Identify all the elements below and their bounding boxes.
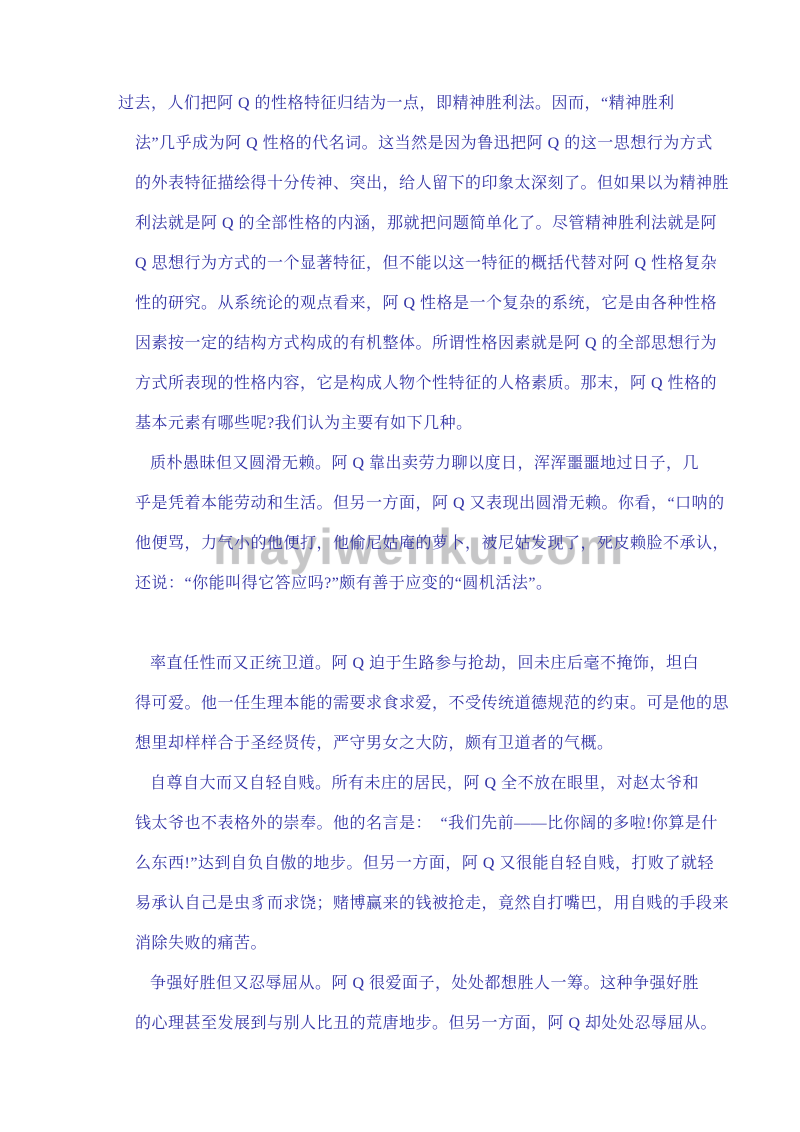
text-line: 方式所表现的性格内容，它是构成人物个性特征的人格素质。那末，阿 Q 性格的 bbox=[135, 364, 718, 404]
document-text-block: 过去，人们把阿 Q 的性格特征归结为一点，即精神胜利法。因而，“精神胜利 法”几… bbox=[118, 84, 718, 1044]
text-line: 率直任性而又正统卫道。阿 Q 迫于生路参与抢劫，回未庄后毫不掩饰，坦白 bbox=[150, 644, 718, 684]
document-page: mayiwenku.com 过去，人们把阿 Q 的性格特征归结为一点，即精神胜利… bbox=[0, 0, 800, 1132]
text-line: 么东西!”达到自负自傲的地步。但另一方面，阿 Q 又很能自轻自贱，打败了就轻 bbox=[135, 844, 718, 884]
text-line: 质朴愚昧但又圆滑无赖。阿 Q 靠出卖劳力聊以度日，浑浑噩噩地过日子，几 bbox=[150, 444, 718, 484]
text-line: 钱太爷也不表格外的崇奉。他的名言是： “我们先前——比你阔的多啦!你算是什 bbox=[135, 804, 718, 844]
text-line: 想里却样样合于圣经贤传，严守男女之大防，颇有卫道者的气概。 bbox=[135, 724, 718, 764]
text-line: 基本元素有哪些呢?我们认为主要有如下几种。 bbox=[135, 404, 718, 444]
text-line: 消除失败的痛苦。 bbox=[135, 924, 718, 964]
text-line: 易承认自己是虫豸而求饶；赌博赢来的钱被抢走，竟然自打嘴巴，用自贱的手段来 bbox=[135, 884, 718, 924]
text-line: 争强好胜但又忍辱屈从。阿 Q 很爱面子，处处都想胜人一筹。这种争强好胜 bbox=[150, 964, 718, 1004]
text-line: 乎是凭着本能劳动和生活。但另一方面，阿 Q 又表现出圆滑无赖。你看，“口呐的 bbox=[135, 484, 718, 524]
text-line: 他便骂，力气小的他便打，他偷尼姑庵的萝卜，被尼姑发现了，死皮赖脸不承认， bbox=[135, 524, 718, 564]
text-line: 法”几乎成为阿 Q 性格的代名词。这当然是因为鲁迅把阿 Q 的这一思想行为方式 bbox=[135, 124, 718, 164]
text-line: 性的研究。从系统论的观点看来，阿 Q 性格是一个复杂的系统，它是由各种性格 bbox=[135, 284, 718, 324]
text-line: 利法就是阿 Q 的全部性格的内涵，那就把问题简单化了。尽管精神胜利法就是阿 bbox=[135, 204, 718, 244]
text-line: 的心理甚至发展到与别人比丑的荒唐地步。但另一方面，阿 Q 却处处忍辱屈从。 bbox=[135, 1004, 718, 1044]
text-line: 过去，人们把阿 Q 的性格特征归结为一点，即精神胜利法。因而，“精神胜利 bbox=[118, 84, 718, 124]
text-line: 自尊自大而又自轻自贱。所有未庄的居民，阿 Q 全不放在眼里，对赵太爷和 bbox=[150, 764, 718, 804]
blank-line bbox=[118, 604, 718, 644]
text-line: 得可爱。他一任生理本能的需要求食求爱，不受传统道德规范的约束。可是他的思 bbox=[135, 684, 718, 724]
text-line: 的外表特征描绘得十分传神、突出，给人留下的印象太深刻了。但如果以为精神胜 bbox=[135, 164, 718, 204]
text-line: Q 思想行为方式的一个显著特征，但不能以这一特征的概括代替对阿 Q 性格复杂 bbox=[135, 244, 718, 284]
text-line: 因素按一定的结构方式构成的有机整体。所谓性格因素就是阿 Q 的全部思想行为 bbox=[135, 324, 718, 364]
text-line: 还说：“你能叫得它答应吗?”颇有善于应变的“圆机活法”。 bbox=[135, 564, 718, 604]
